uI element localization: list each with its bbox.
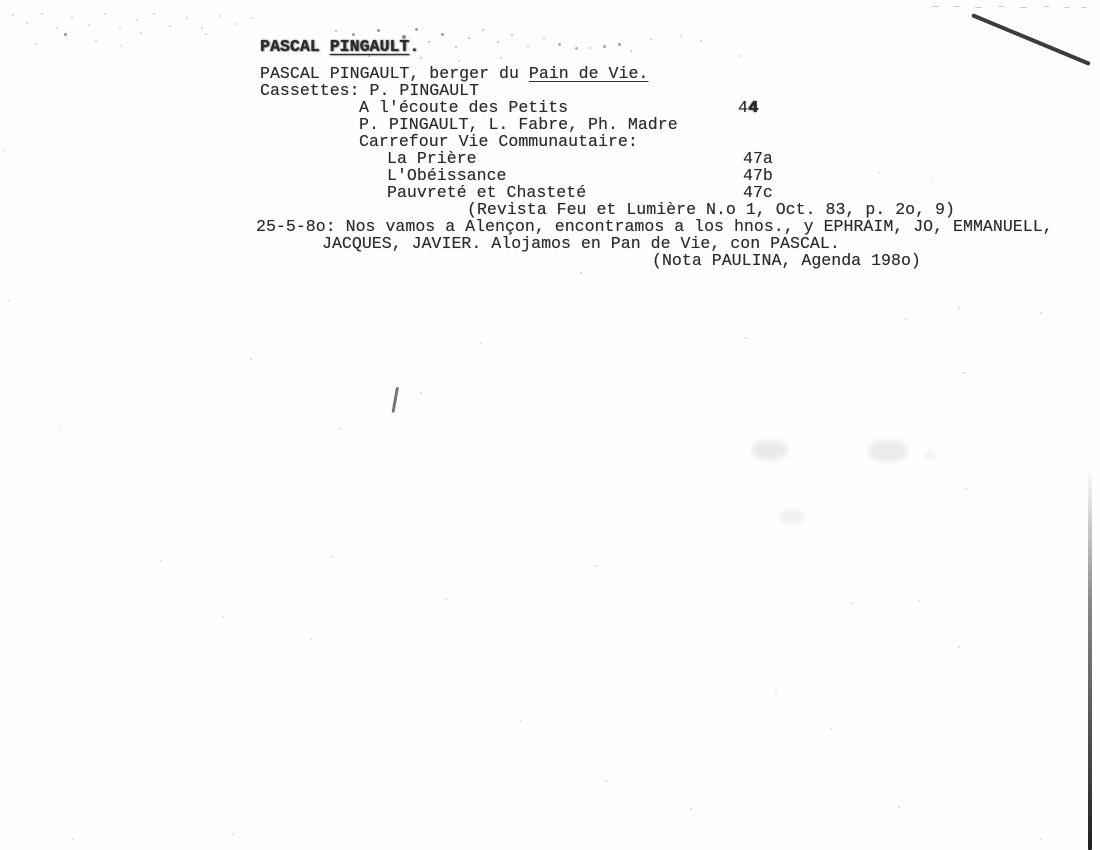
ink-speck (72, 838, 74, 840)
ink-speck (455, 46, 457, 48)
cassette-subentry-line: Pauvreté et Chasteté (387, 184, 586, 201)
ink-speck (650, 38, 652, 40)
ink-speck (332, 556, 334, 558)
ink-speck (965, 488, 967, 490)
ink-speck (120, 45, 122, 47)
ink-speck (603, 45, 606, 48)
diary-note-line: 25-5-8o: Nos vamos a Alençon, encontramo… (256, 218, 1053, 235)
scan-dust-dash (954, 6, 960, 7)
ink-speck (605, 780, 607, 782)
text-segment: PINGAULT (330, 37, 410, 56)
ink-speck (104, 13, 106, 15)
ink-speck (558, 43, 561, 46)
ink-speck (95, 40, 97, 42)
ink-speck (420, 57, 422, 59)
ink-speck (830, 728, 832, 730)
cassette-entry-line: Carrefour Vie Communautaire: (359, 133, 638, 150)
ink-speck (236, 23, 238, 25)
ink-speck (445, 598, 447, 600)
ink-speck (205, 33, 207, 35)
ink-speck (690, 808, 692, 810)
scan-dust-dash (998, 6, 1004, 7)
ink-speck (119, 28, 121, 30)
text-segment: . (409, 37, 419, 56)
ink-speck (700, 40, 702, 42)
ink-speck (482, 29, 484, 31)
ink-speck (35, 43, 37, 45)
ink-speck (589, 47, 591, 49)
ink-speck (958, 646, 960, 648)
scan-dust-dash (1020, 7, 1027, 8)
ink-speck (160, 560, 162, 562)
scan-diagonal-pen-mark (971, 13, 1091, 65)
ink-speck (219, 15, 221, 17)
diary-note-line: JACQUES, JAVIER. Alojamos en Pan de Vie,… (322, 235, 840, 252)
ink-speck (420, 392, 422, 394)
ink-speck (169, 25, 171, 27)
ink-smudge (752, 440, 788, 460)
ink-speck (511, 34, 513, 36)
ink-speck (8, 300, 10, 302)
ink-speck (595, 565, 597, 567)
scan-dust-dash (975, 7, 982, 8)
ink-speck (520, 720, 522, 722)
ink-smudge (925, 452, 935, 459)
ink-speck (88, 24, 90, 26)
ink-speck (26, 22, 28, 24)
catalog-number: 44 (738, 99, 758, 116)
ink-speck (930, 180, 932, 182)
source-citation-line: (Revista Feu et Lumière N.o 1, Oct. 83, … (467, 201, 955, 218)
ink-speck (310, 638, 312, 640)
scan-dust-dash (1043, 6, 1049, 7)
ink-speck (12, 14, 14, 16)
ink-speck (1040, 838, 1042, 840)
text-segment: Pain de Vie. (529, 64, 649, 83)
ink-speck (458, 60, 460, 62)
ink-speck (740, 55, 742, 57)
ink-speck (377, 29, 380, 32)
card-heading-line: PASCAL PINGAULT, berger du Pain de Vie. (260, 65, 648, 82)
ink-speck (580, 272, 582, 274)
ink-speck (480, 342, 482, 344)
cassette-entry-line: P. PINGAULT, L. Fabre, Ph. Madre (359, 116, 678, 133)
ink-speck (963, 372, 965, 374)
ink-speck (428, 41, 430, 43)
text-segment: 4 (738, 98, 748, 117)
ink-speck (232, 833, 234, 835)
ink-speck (543, 37, 545, 39)
ink-speck (468, 37, 470, 39)
scan-edge-line (1088, 468, 1092, 850)
text-segment: 4 (748, 98, 758, 117)
ink-speck (497, 41, 499, 43)
ink-speck (775, 690, 777, 692)
ink-smudge (868, 440, 908, 462)
ink-speck (500, 57, 502, 59)
ink-speck (878, 172, 880, 174)
ink-speck (136, 19, 138, 21)
ink-speck (680, 35, 682, 37)
ink-speck (745, 337, 747, 339)
stray-pen-slash-mark (392, 387, 399, 413)
text-segment: (Nota PAULINA, Agenda 198o) (652, 251, 921, 270)
ink-speck (140, 32, 142, 34)
ink-speck (335, 30, 337, 32)
ink-speck (850, 602, 852, 604)
ink-speck (4, 150, 6, 152)
cassette-subentry-line: La Prière (387, 150, 477, 167)
ink-speck (251, 17, 253, 19)
ink-speck (58, 428, 60, 430)
ink-speck (41, 13, 43, 15)
note-citation-line: (Nota PAULINA, Agenda 198o) (652, 252, 921, 269)
ink-speck (71, 17, 73, 19)
text-segment: PASCAL (260, 37, 330, 56)
ink-speck (338, 428, 340, 430)
ink-speck (352, 33, 355, 36)
ink-speck (958, 307, 960, 309)
document-page: PASCAL PINGAULT.PASCAL PINGAULT, berger … (0, 0, 1100, 850)
ink-speck (575, 47, 578, 50)
ink-speck (201, 27, 203, 29)
card-title-line: PASCAL PINGAULT. (260, 38, 419, 55)
scan-dust-dash (1081, 7, 1087, 8)
ink-speck (186, 17, 188, 19)
scan-dust-dash (1064, 7, 1070, 8)
ink-speck (898, 806, 900, 808)
ink-speck (441, 33, 444, 36)
ink-speck (918, 600, 920, 602)
ink-speck (56, 27, 58, 29)
ink-speck (153, 13, 155, 15)
ink-speck (527, 45, 529, 47)
cassettes-label-line: Cassettes: P. PINGAULT (260, 82, 479, 99)
ink-speck (64, 33, 67, 36)
scan-dust-dash (932, 6, 939, 7)
cassette-subentry-line: L'Obéissance (387, 167, 507, 184)
ink-speck (415, 28, 418, 31)
ink-speck (630, 50, 632, 52)
ink-speck (222, 616, 224, 618)
catalog-number: 47c (743, 184, 773, 201)
catalog-number: 47a (743, 150, 773, 167)
cassette-entry-line: A l'écoute des Petits (359, 99, 568, 116)
ink-speck (618, 43, 621, 46)
ink-smudge (780, 510, 804, 524)
ink-speck (905, 318, 907, 320)
catalog-number: 47b (743, 167, 773, 184)
ink-speck (1040, 312, 1042, 314)
ink-speck (250, 358, 252, 360)
